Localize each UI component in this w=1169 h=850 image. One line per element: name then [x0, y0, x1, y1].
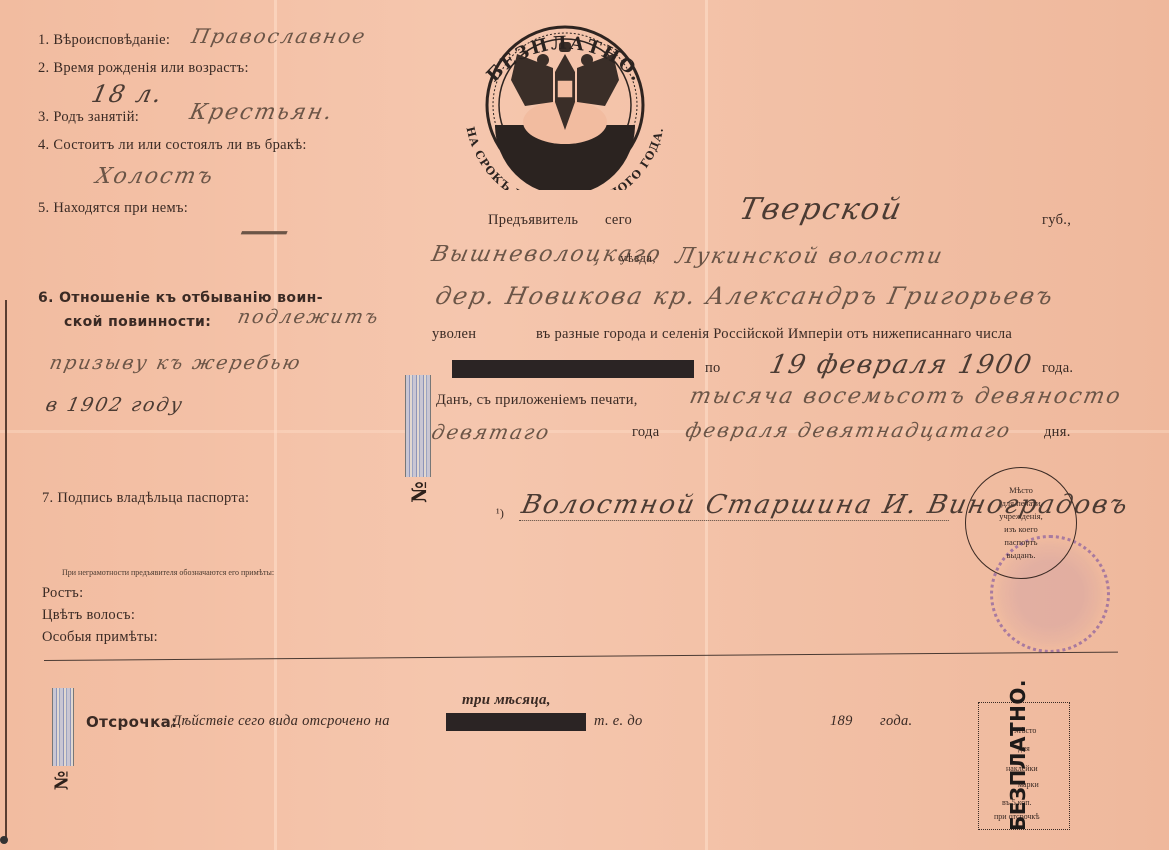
bearer-label: Предъявитель — [488, 212, 578, 229]
field-occupation-label: 3. Родъ занятій: — [38, 109, 139, 126]
sego-label: сего — [605, 212, 632, 229]
issued-year-value: тысяча восемьсотъ девяносто — [687, 384, 1124, 409]
seal-line: паспортъ — [1004, 536, 1037, 549]
goda2-label: года — [632, 424, 659, 441]
uezd-label: уѣзда, — [620, 250, 656, 266]
goda-label: года. — [1042, 360, 1073, 377]
field-age-label: 2. Время рожденія или возрастъ: — [38, 60, 249, 77]
deferral-text: Дѣйствіе сего вида отсрочено на — [172, 713, 390, 730]
bearer-name-value: дер. Новикова кр. Александръ Григорьевъ — [433, 282, 1057, 310]
deferral-year-prefix: 189 — [830, 713, 853, 730]
field-with-him-label: 5. Находятся при немъ: — [38, 200, 188, 217]
po-label: по — [705, 360, 721, 377]
divider-rule — [44, 652, 1118, 661]
redacted-deferral-value — [446, 713, 586, 731]
field-military-value-1: подлежитъ — [236, 306, 382, 328]
number-mark-bottom: № — [51, 771, 72, 791]
guberniya-value: Тверской — [736, 192, 906, 227]
field-occupation-value: Крестьян. — [187, 100, 336, 125]
deferral-until-text: т. е. до — [594, 713, 643, 730]
issued-year-value-2: девятаго — [429, 420, 553, 444]
field-military-label-2: ской повинности: — [64, 314, 211, 330]
control-stripe-bottom — [52, 688, 74, 766]
issued-day-value: февраля девятнадцатаго — [683, 418, 1013, 442]
feature-height-label: Ростъ: — [42, 585, 83, 602]
deferral-period-value: три мѣсяца, — [462, 692, 551, 709]
left-edge-line — [5, 300, 7, 840]
field-military-label-1: 6. Отношеніе къ отбыванію воин- — [38, 290, 323, 306]
volost-value: Лукинской волости — [673, 244, 946, 269]
uvolen-label: уволен — [432, 326, 476, 343]
seal-line: для печати — [1002, 497, 1041, 510]
bezplatno-overprint: БЕЗПЛАТНО. — [1006, 701, 1034, 831]
signature-footnote-marker: ¹) — [496, 506, 504, 521]
control-stripe — [405, 375, 431, 477]
official-signature: Волостной Старшина И. Виноградовъ — [519, 490, 956, 521]
field-age-value: 18 л. — [89, 80, 166, 108]
dnya-label: дня. — [1044, 424, 1071, 441]
field-religion-label: 1. Вѣроисповѣданіе: — [38, 32, 170, 49]
double-headed-eagle-icon: БЕЗПЛАТНО. НА СРОКЪ НЕ БОЛѢЕ ОДНОГО ГОДА… — [455, 10, 675, 190]
field-with-him-value: — — [234, 200, 298, 258]
guberniya-label: губ., — [1042, 212, 1071, 229]
redacted-date-from — [452, 360, 694, 378]
illiterate-note: При неграмотности предъявителя обозначаю… — [62, 568, 274, 577]
uvolen-text: въ разные города и селенія Россійской Им… — [536, 326, 1012, 343]
seal-line: выданъ. — [1007, 549, 1036, 562]
valid-until-value: 19 февраля 1900 — [767, 350, 1036, 380]
field-religion-value: Православное — [189, 24, 369, 48]
field-marital-value: Холостъ — [93, 164, 216, 189]
field-signature-label: 7. Подпись владѣльца паспорта: — [42, 490, 249, 507]
seal-line: Мѣсто — [1009, 484, 1033, 497]
seal-line: изъ коего — [1004, 523, 1038, 536]
seal-placeholder-circle: Мѣсто для печати учрежденія, изъ коего п… — [965, 467, 1077, 579]
number-mark: № — [407, 481, 431, 503]
issued-with-seal-label: Данъ, съ приложеніемъ печати, — [436, 392, 638, 409]
deferral-year-suffix: года. — [880, 713, 912, 730]
feature-marks-label: Особыя примѣты: — [42, 629, 158, 646]
feature-hair-label: Цвѣтъ волосъ: — [42, 607, 135, 624]
punch-hole — [0, 836, 8, 844]
field-military-value-3: в 1902 году — [44, 394, 186, 416]
deferral-label: Отсрочка: — [86, 713, 178, 731]
field-military-value-2: призыву къ жеребью — [48, 352, 304, 374]
seal-line: учрежденія, — [999, 510, 1042, 523]
field-marital-label: 4. Состоитъ ли или состоялъ ли въ бракѣ: — [38, 137, 307, 154]
passport-document: БЕЗПЛАТНО. НА СРОКЪ НЕ БОЛѢЕ ОДНОГО ГОДА… — [0, 0, 1169, 850]
